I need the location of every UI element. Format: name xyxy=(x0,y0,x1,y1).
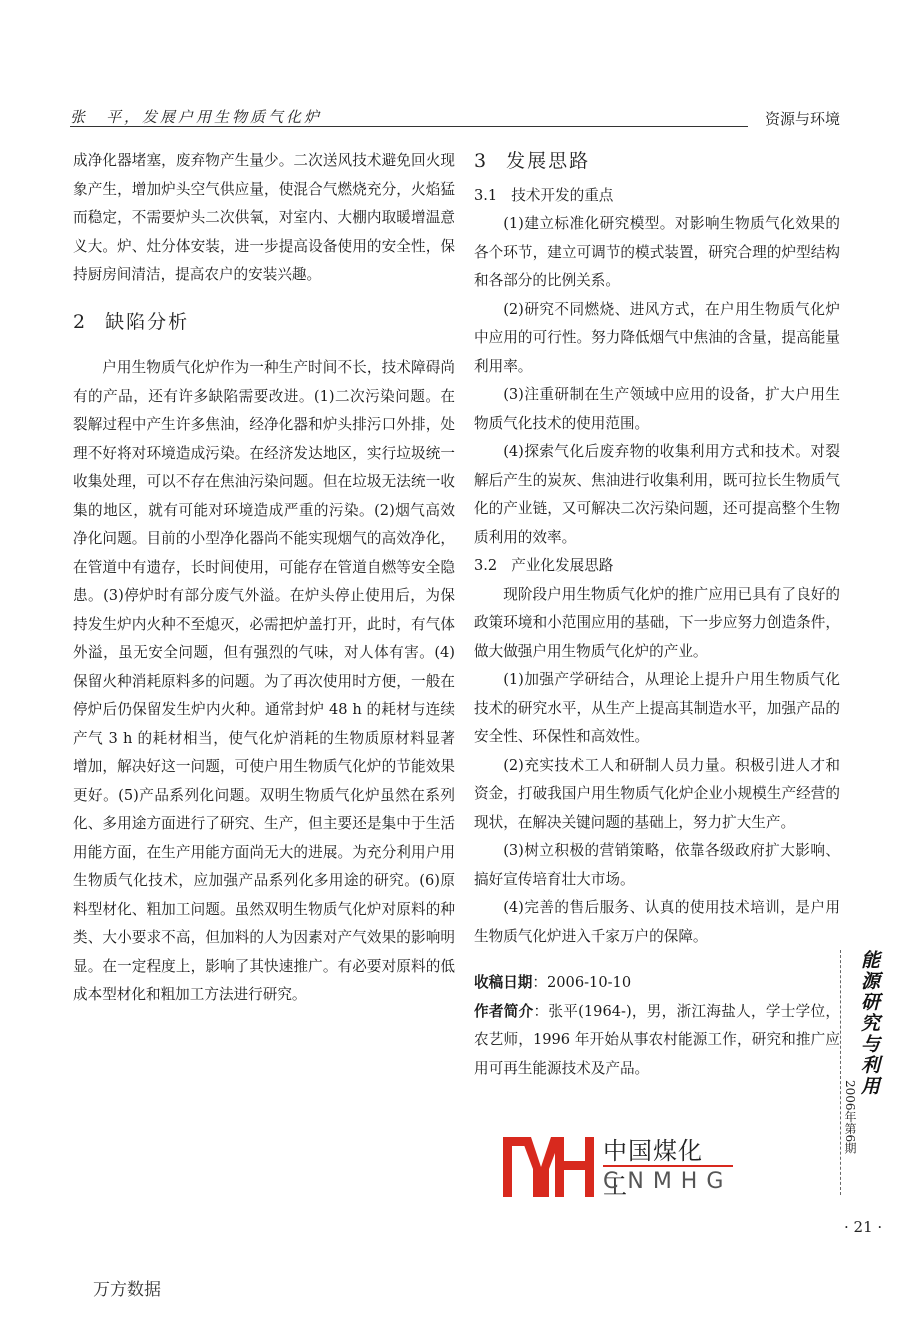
right-column: 3发展思路 3.1技术开发的重点 (1)建立标准化研究模型。对影响生物质气化效果… xyxy=(474,147,840,1083)
journal-name: 能源研究与利用 xyxy=(856,950,882,1097)
received-value: ：2006-10-10 xyxy=(532,974,631,991)
author-bio-label: 作者简介 xyxy=(474,1003,534,1020)
running-title-right: 资源与环境 xyxy=(765,108,840,129)
left-column: 成净化器堵塞，废弃物产生量少。二次送风技术避免回火现象产生，增加炉头空气供应量，… xyxy=(73,147,455,1010)
header-rule xyxy=(70,126,748,127)
continued-paragraph: 成净化器堵塞，废弃物产生量少。二次送风技术避免回火现象产生，增加炉头空气供应量，… xyxy=(73,147,455,290)
mh-logo-icon xyxy=(503,1133,595,1197)
running-header: 张 平，发展户用生物质气化炉 资源与环境 xyxy=(70,104,840,130)
list-item: (4)完善的售后服务、认真的使用技术培训，是户用生物质气化炉进入千家万户的保障。 xyxy=(474,894,840,951)
list-item: (3)注重研制在生产领域中应用的设备，扩大户用生物质气化技术的使用范围。 xyxy=(474,381,840,438)
list-item: (1)加强产学研结合，从理论上提升户用生物质气化技术的研究水平，从生产上提高其制… xyxy=(474,666,840,752)
list-item: (2)充实技术工人和研制人员力量。积极引进人才和资金，打破我国户用生物质气化炉企… xyxy=(474,752,840,838)
watermark-logo: 中国煤化工 CNMHG xyxy=(503,1133,723,1199)
list-item: (1)建立标准化研究模型。对影响生物质气化效果的各个环节，建立可调节的模式装置，… xyxy=(474,210,840,296)
page-number: · 21 · xyxy=(844,1218,882,1236)
author-bio: 作者简介：张平(1964-)，男，浙江海盐人，学士学位，农艺师，1996 年开始… xyxy=(474,998,840,1084)
subsection-intro: 现阶段户用生物质气化炉的推广应用已具有了良好的政策环境和小范围应用的基础，下一步… xyxy=(474,581,840,667)
issue-label: 2006年第6期 xyxy=(842,1080,858,1154)
source-footer: 万方数据 xyxy=(93,1275,161,1300)
subsection-3-2-heading: 3.2产业化发展思路 xyxy=(474,552,840,581)
list-item: (3)树立积极的营销策略，依靠各级政府扩大影响、搞好宣传培育壮大市场。 xyxy=(474,837,840,894)
list-item: (4)探索气化后废弃物的收集利用方式和技术。对裂解后产生的炭灰、焦油进行收集利用… xyxy=(474,438,840,552)
section-number: 2 xyxy=(73,311,87,333)
subsection-3-1-heading: 3.1技术开发的重点 xyxy=(474,182,840,211)
subsection-number: 3.2 xyxy=(474,557,497,574)
received-label: 收稿日期 xyxy=(474,974,532,991)
section-3-heading: 3发展思路 xyxy=(474,147,840,176)
section-title: 发展思路 xyxy=(506,150,590,172)
section-2-heading: 2缺陷分析 xyxy=(73,308,455,337)
section-2-paragraph: 户用生物质气化炉作为一种生产时间不长，技术障碍尚有的产品，还有许多缺陷需要改进。… xyxy=(73,354,455,1010)
subsection-title: 技术开发的重点 xyxy=(511,187,613,204)
section-number: 3 xyxy=(474,150,488,172)
section-title: 缺陷分析 xyxy=(105,311,189,333)
subsection-title: 产业化发展思路 xyxy=(511,557,613,574)
running-title-left: 张 平，发展户用生物质气化炉 xyxy=(70,106,322,127)
subsection-number: 3.1 xyxy=(474,187,497,204)
journal-sidebar: 能源研究与利用 2006年第6期 xyxy=(840,950,900,1195)
list-item: (2)研究不同燃烧、进风方式，在户用生物质气化炉中应用的可行性。努力降低烟气中焦… xyxy=(474,296,840,382)
logo-divider xyxy=(603,1165,733,1167)
received-date: 收稿日期：2006-10-10 xyxy=(474,969,840,998)
sidebar-divider xyxy=(840,950,841,1195)
logo-text-en: CNMHG xyxy=(603,1169,732,1194)
